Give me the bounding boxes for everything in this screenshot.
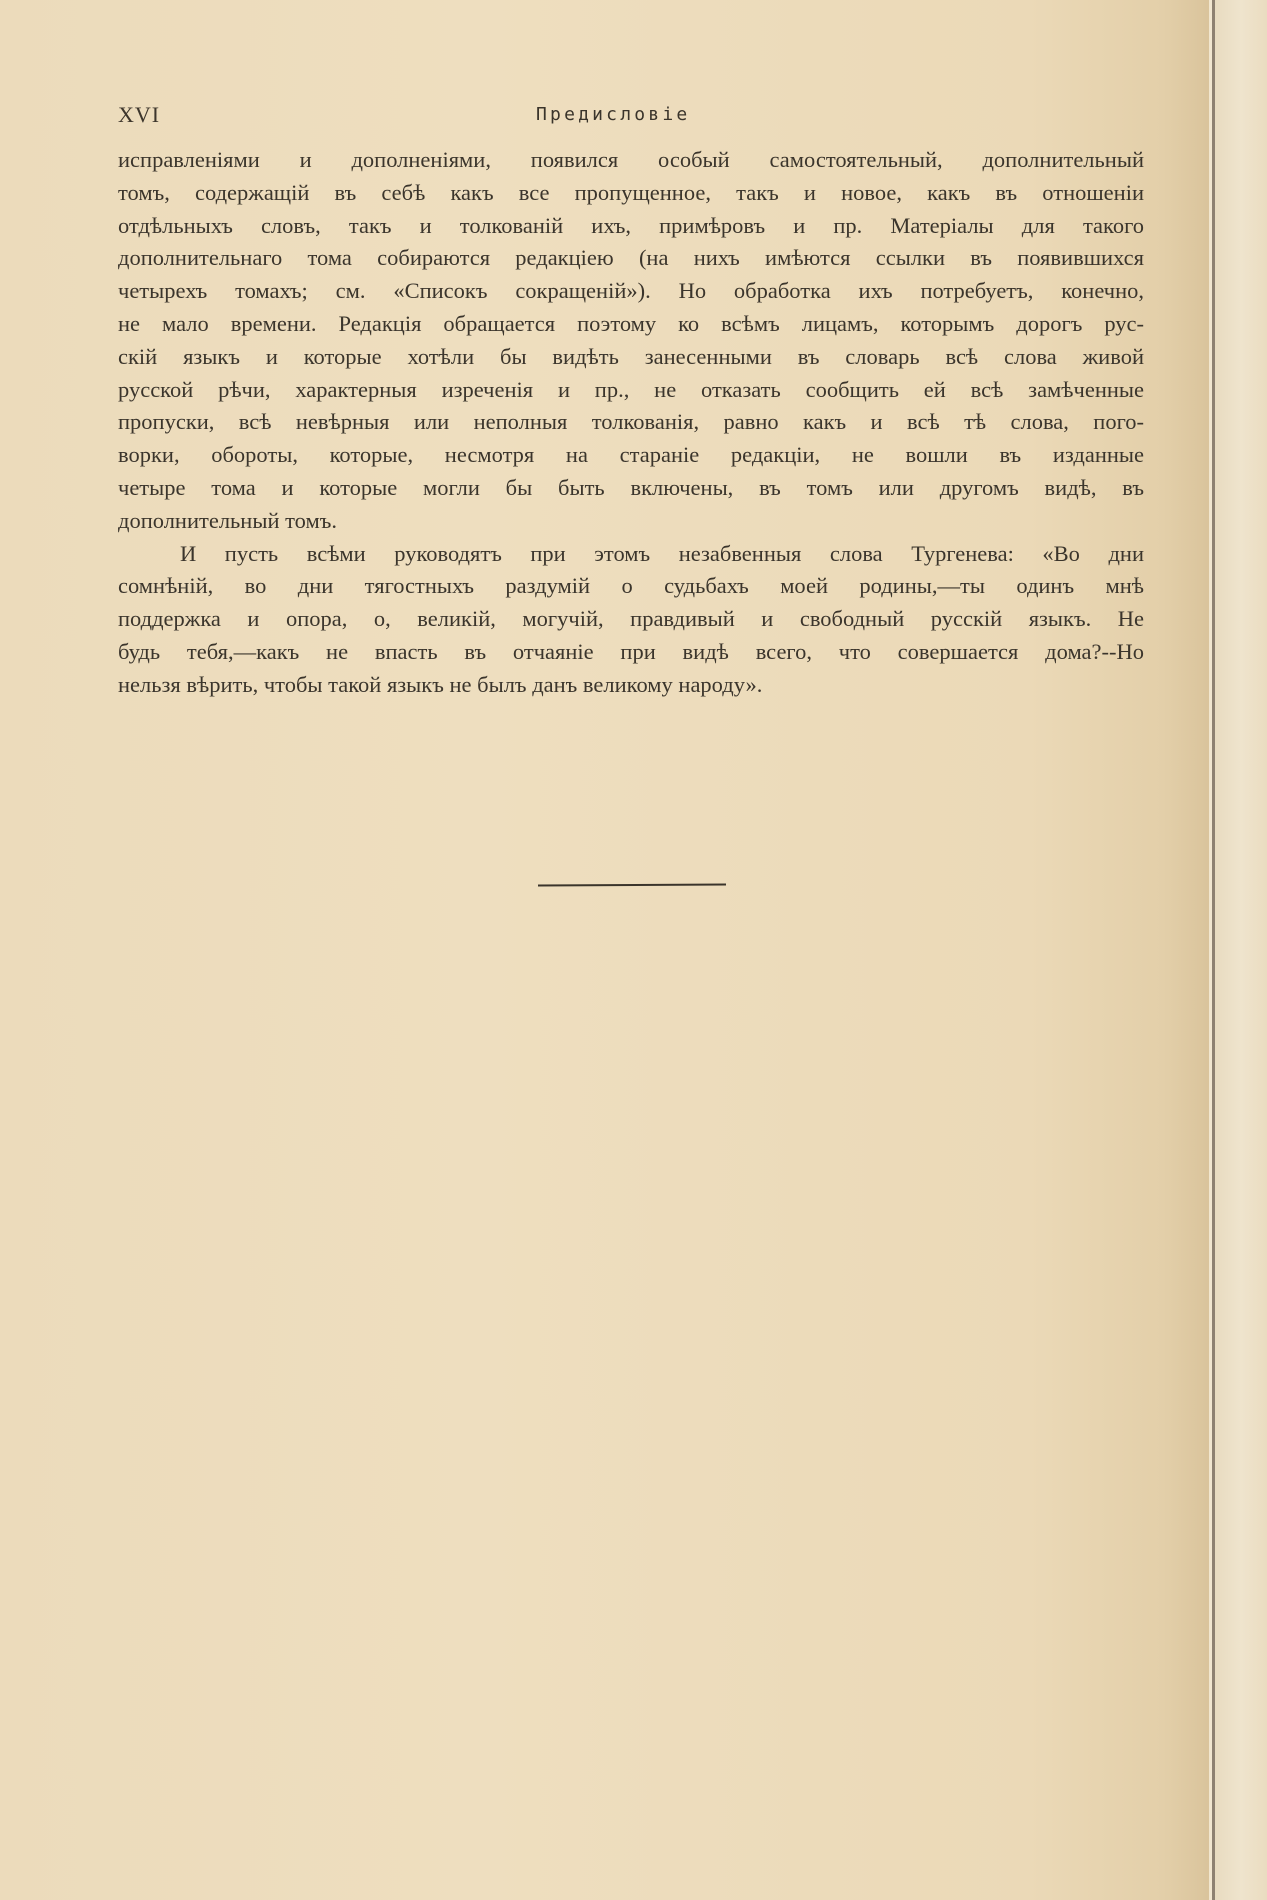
text-line: томъ, содержащій въ себѣ какъ все пропущ… — [118, 177, 1144, 210]
book-page: XVI Предисловіе исправленіями и дополнен… — [0, 0, 1212, 1900]
next-pages-edge — [1215, 0, 1267, 1900]
page-number: XVI — [118, 102, 160, 128]
text-line: пропуски, всѣ невѣрныя или неполныя толк… — [118, 406, 1144, 439]
paragraph-2: И пусть всѣми руководятъ при этомъ незаб… — [118, 538, 1144, 702]
text-line: скій языкъ и которые хотѣли бы видѣть за… — [118, 341, 1144, 374]
text-line: будь тебя,—какъ не впасть въ отчаяніе пр… — [118, 636, 1144, 669]
text-line: дополнительный томъ. — [118, 505, 1144, 538]
text-line: четыре тома и которые могли бы быть вклю… — [118, 472, 1144, 505]
text-line: исправленіями и дополненіями, появился о… — [118, 144, 1144, 177]
text-line: русской рѣчи, характерныя изреченія и пр… — [118, 374, 1144, 407]
page-header: XVI Предисловіе — [118, 102, 1144, 132]
text-line: нельзя вѣрить, чтобы такой языкъ не былъ… — [118, 669, 1144, 702]
text-line: дополнительнаго тома собираются редакціе… — [118, 242, 1144, 275]
text-line: четырехъ томахъ; см. «Списокъ сокращеній… — [118, 275, 1144, 308]
text-line: поддержка и опора, о, великій, могучій, … — [118, 603, 1144, 636]
text-line: не мало времени. Редакція обращается поэ… — [118, 308, 1144, 341]
text-line: ворки, обороты, которые, несмотря на ста… — [118, 439, 1144, 472]
text-line: сомнѣній, во дни тягостныхъ раздумій о с… — [118, 570, 1144, 603]
body-text: исправленіями и дополненіями, появился о… — [118, 144, 1144, 702]
paragraph-1: исправленіями и дополненіями, появился о… — [118, 144, 1144, 538]
running-title: Предисловіе — [536, 104, 690, 125]
text-line: отдѣльныхъ словъ, такъ и толкованій ихъ,… — [118, 210, 1144, 243]
text-line: И пусть всѣми руководятъ при этомъ незаб… — [118, 538, 1144, 571]
end-rule-divider — [538, 884, 726, 887]
